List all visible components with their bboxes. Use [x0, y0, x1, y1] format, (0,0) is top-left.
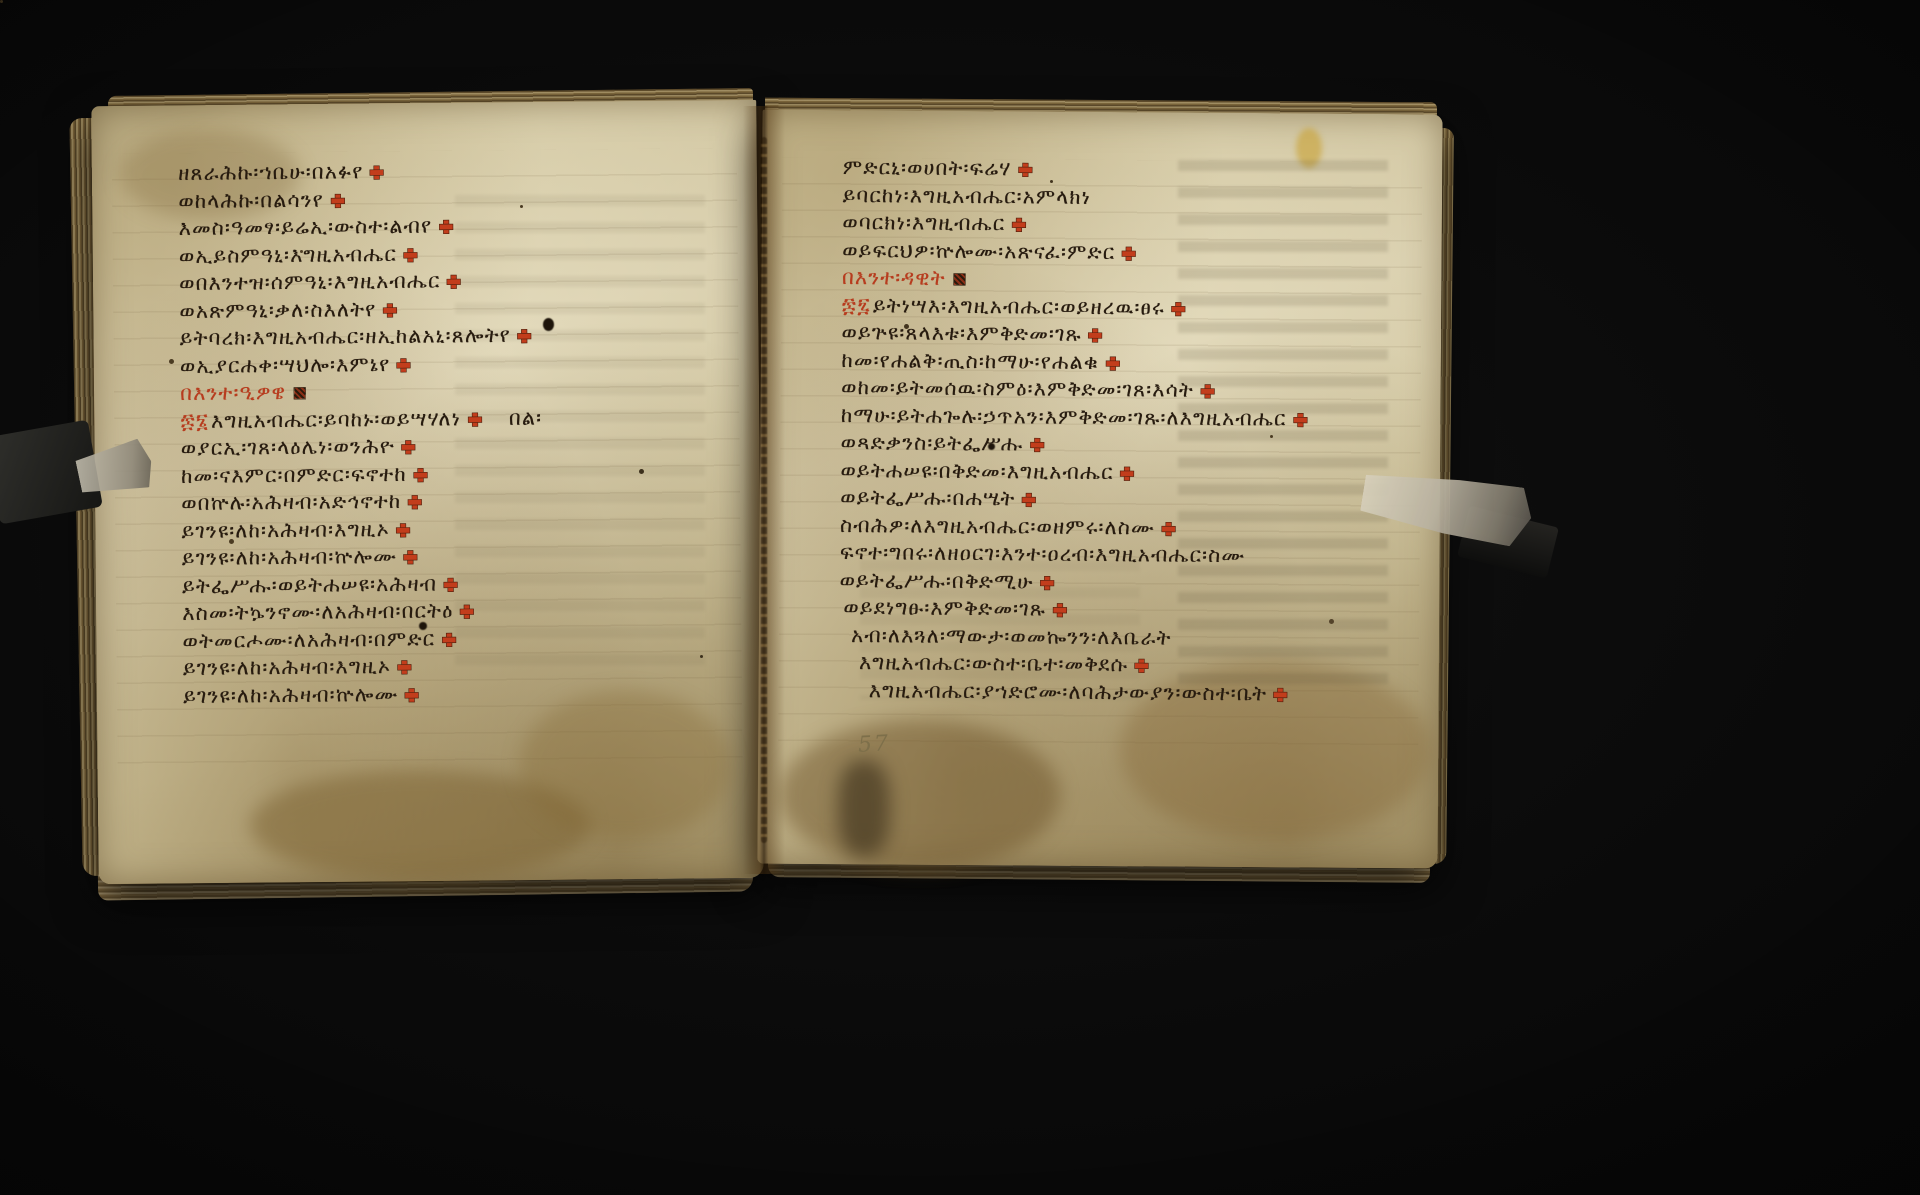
text-line: አብ፡ለእጓለ፡ማውታ፡ወመኰንን፡ለእቤራት [851, 622, 1305, 653]
line-text: እስመ፡ትኴንኖሙ፡ለአሕዛብ፡በርትዕ [182, 598, 453, 625]
text-line: ወኢያርሐቀ፡ሣህሎ፡እምኔየ [180, 349, 542, 380]
line-end-cross-icon [1294, 413, 1307, 426]
line-end-cross-icon [1053, 604, 1066, 617]
line-text: ፍኖተ፡ግበሩ፡ለዘዐርገ፡እንተ፡ዐረብ፡እግዚአብሔር፡ስሙ [840, 540, 1246, 567]
line-end-cross-icon [404, 551, 417, 564]
line-text: ከመ፡የሐልቅ፡ጢስ፡ከማሁ፡የሐልቁ [841, 347, 1099, 373]
text-line: ይገንዩ፡ለከ፡አሕዛብ፡ኵሎሙ [182, 542, 544, 573]
line-text: ወይፍርህዎ፡ኵሎሙ፡አጽናፈ፡ምድር [842, 237, 1115, 263]
line-text: ወትመርሖሙ፡ለአሕዛብ፡በምድር [182, 626, 435, 652]
line-end-cross-icon [1274, 688, 1287, 701]
text-line: ወኢይስምዓኒ፡እግዚአብሔር [179, 239, 541, 270]
line-text: ስብሕዎ፡ለእግዚአብሔር፡ወዘምሩ፡ለስሙ [840, 512, 1155, 538]
line-text: ይባርከነ፡እግዚአብሔር፡አምላክነ [843, 182, 1092, 208]
line-end-cross-icon [397, 358, 410, 371]
line-text: በእንተ፡ዳዊት [842, 265, 946, 290]
manuscript-photo: ዘጸራሕኩ፡ኀቤሁ፡በአፉየወከላሕኩ፡በልሳንየእመስ፡ዓመፃ፡ይሬኢ፡ውስተ… [0, 0, 1920, 1195]
text-line: ወይጕዩ፡ጸላእቱ፡እምቅድመ፡ገጹ [841, 319, 1307, 350]
text-line: ወከላሕኩ፡በልሳንየ [178, 184, 540, 215]
text-line: ከመ፡ናእምር፡በምድር፡ፍኖተከ [181, 459, 543, 490]
line-end-cross-icon [442, 633, 455, 646]
text-line: ወአጽምዓኒ፡ቃለ፡ስእለትየ [179, 294, 541, 325]
psalm-number: ፷፯ [842, 292, 871, 316]
line-end-cross-icon [370, 166, 383, 179]
line-end-cross-icon [439, 220, 452, 233]
line-end-cross-icon [1135, 659, 1148, 672]
line-text: ወያርኢ፡ገጸ፡ላዕሌነ፡ወንሕዮ [181, 434, 395, 460]
line-text: ወኢይስምዓኒ፡እግዚአብሔር [179, 241, 397, 267]
page-number: 57 [857, 731, 890, 758]
book-strap-right-shadow [1457, 506, 1559, 579]
line-text: ወይጕዩ፡ጸላእቱ፡እምቅድመ፡ገጹ [842, 320, 1082, 346]
text-line: ወጻድቃንስ፡ይትፌሥሑ [841, 429, 1307, 460]
line-end-cross-icon [397, 523, 410, 536]
left-page-text-column: ዘጸራሕኩ፡ኀቤሁ፡በአፉየወከላሕኩ፡በልሳንየእመስ፡ዓመፃ፡ይሬኢ፡ውስተ… [178, 157, 545, 710]
line-text: ወበእንተዝ፡ሰምዓኒ፡እግዚአብሔር [179, 268, 441, 295]
line-text: ወይትሐሠዩ፡በቅድመ፡እግዚአብሔር [840, 457, 1113, 483]
line-text: አብ፡ለእጓለ፡ማውታ፡ወመኰንን፡ለእቤራት [851, 623, 1172, 650]
line-text: ከማሁ፡ይትሐጐሉ፡ኃጥአን፡እምቅድመ፡ገጹ፡ለእግዚአብሔር [841, 402, 1287, 429]
text-line: ወያርኢ፡ገጸ፡ላዕሌነ፡ወንሕዮ [181, 432, 543, 463]
psalm-number: ፷፮ [180, 408, 209, 432]
line-end-cross-icon [1018, 163, 1031, 176]
line-text: እግዚአብሔር፡ያኀድሮሙ፡ለባሕታውያን፡ውስተ፡ቤት [869, 678, 1268, 705]
line-end-cross-icon [405, 688, 418, 701]
line-end-cross-icon [1012, 218, 1025, 231]
line-end-cross-icon [1106, 357, 1119, 370]
line-end-cross-icon [331, 194, 344, 207]
line-end-cross-icon [293, 387, 306, 400]
line-end-cross-icon [1121, 467, 1134, 480]
line-end-cross-icon [518, 330, 531, 343]
text-line: ይገንዩ፡ለከ፡አሕዛብ፡እግዚኦ [181, 514, 543, 545]
line-text: ወበኵሉ፡አሕዛብ፡አድኅኖተከ [181, 489, 401, 515]
text-line: ወከመ፡ይትመሰዉ፡ስምዕ፡እምቅድመ፡ገጸ፡እሳት [841, 374, 1307, 405]
line-text: ይገንዩ፡ለከ፡አሕዛብ፡እግዚኦ [181, 516, 390, 542]
line-text: ወአጽምዓኒ፡ቃለ፡ስእለትየ [179, 297, 376, 323]
line-text: ይትፌሥሑ፡ወይትሐሠዩ፡አሕዛብ [182, 571, 437, 597]
text-line: ወትመርሖሙ፡ለአሕዛብ፡በምድር [182, 624, 544, 655]
line-end-cross-icon [444, 578, 457, 591]
line-end-cross-icon [404, 248, 417, 261]
text-line: ወይፍርህዎ፡ኵሎሙ፡አጽናፈ፡ምድር [842, 236, 1308, 267]
line-end-cross-icon [460, 605, 473, 618]
line-end-cross-icon [1022, 493, 1035, 506]
text-line: ፷፮እግዚአብሔር፡ይባከኑ፡ወይሣሃለነበል፡ [180, 404, 542, 435]
text-line: ወይትፌሥሑ፡በሐሤት [840, 484, 1306, 515]
text-line: ይባርከነ፡እግዚአብሔር፡አምላክነ [843, 181, 1309, 212]
line-text: ወይደነግፁ፡እምቅድመ፡ገጹ [843, 595, 1046, 621]
text-line: እስመ፡ትኴንኖሙ፡ለአሕዛብ፡በርትዕ [182, 597, 544, 628]
line-text: ይገንዩ፡ለከ፡አሕዛብ፡ኵሎሙ [182, 544, 398, 570]
line-end-cross-icon [1201, 385, 1214, 398]
line-text: ይትባረክ፡እግዚአብሔር፡ዘኢከልአኒ፡ጸሎትየ [180, 323, 511, 350]
text-line: እግዚአብሔር፡ያኀድሮሙ፡ለባሕታውያን፡ውስተ፡ቤት [869, 677, 1305, 708]
text-line: ይገንዩ፡ለከ፡አሕዛብ፡እግዚኦ [183, 652, 545, 683]
line-end-cross-icon [1041, 576, 1054, 589]
line-end-cross-icon [1122, 247, 1135, 260]
line-text: ወይትፌሥሑ፡በቅድሚሁ [840, 567, 1034, 593]
text-line: ፷፯ይትነሣእ፡እግዚአብሔር፡ወይዘረዉ፡ፀሩ [842, 291, 1308, 322]
text-line: ከመ፡የሐልቅ፡ጢስ፡ከማሁ፡የሐልቁ [841, 346, 1307, 377]
line-end-cross-icon [953, 273, 966, 286]
line-end-cross-icon [1162, 522, 1175, 535]
text-line: ወይትሐሠዩ፡በቅድመ፡እግዚአብሔር [840, 456, 1306, 487]
text-line: ዘጸራሕኩ፡ኀቤሁ፡በአፉየ [178, 157, 540, 188]
text-line: ወበእንተዝ፡ሰምዓኒ፡እግዚአብሔር [179, 267, 541, 298]
line-text: እግዚአብሔር፡ይባከኑ፡ወይሣሃለነ [211, 406, 461, 432]
line-end-cross-icon [414, 468, 427, 481]
line-text: ወከመ፡ይትመሰዉ፡ስምዕ፡እምቅድመ፡ገጸ፡እሳት [841, 375, 1194, 402]
line-text: ወኢያርሐቀ፡ሣህሎ፡እምኔየ [180, 351, 391, 377]
line-text: እግዚአብሔር፡ውስተ፡ቤተ፡መቅደሱ [859, 650, 1128, 676]
text-line: ወባርክነ፡እግዚብሔር [842, 209, 1308, 240]
line-end-cross-icon [402, 441, 415, 454]
marginal-note: በል፡ [509, 405, 542, 429]
line-text: ዘጸራሕኩ፡ኀቤሁ፡በአፉየ [178, 159, 364, 185]
line-text: ይገንዩ፡ለከ፡አሕዛብ፡እግዚኦ [183, 654, 392, 680]
text-line: ፍኖተ፡ግበሩ፡ለዘዐርገ፡እንተ፡ዐረብ፡እግዚአብሔር፡ስሙ [840, 539, 1306, 570]
line-end-cross-icon [1172, 302, 1185, 315]
rubric-line: በእንተ፡ዳዊት [842, 264, 1308, 295]
line-text: በእንተ፡ዒዎዌ [180, 380, 286, 405]
text-line: ይትፌሥሑ፡ወይትሐሠዩ፡አሕዛብ [182, 569, 544, 600]
line-text: ወይትፌሥሑ፡በሐሤት [840, 485, 1015, 510]
line-text: እመስ፡ዓመፃ፡ይሬኢ፡ውስተ፡ልብየ [179, 214, 433, 240]
text-line: ወበኵሉ፡አሕዛብ፡አድኅኖተከ [181, 487, 543, 518]
line-text: ወጻድቃንስ፡ይትፌሥሑ [841, 430, 1024, 455]
rubric-line: በእንተ፡ዒዎዌ [180, 377, 542, 408]
line-text: ይትነሣእ፡እግዚአብሔር፡ወይዘረዉ፡ፀሩ [873, 293, 1165, 319]
line-end-cross-icon [1030, 438, 1043, 451]
line-end-cross-icon [398, 661, 411, 674]
right-page-text-column: ምድርኒ፡ወሀበት፡ፍሬሃይባርከነ፡እግዚአብሔር፡አምላክነወባርክነ፡እግ… [839, 154, 1309, 708]
text-line: ምድርኒ፡ወሀበት፡ፍሬሃ [843, 154, 1309, 185]
line-end-cross-icon [383, 303, 396, 316]
line-end-cross-icon [448, 275, 461, 288]
line-text: ይገንዩ፡ለከ፡አሕዛብ፡ኵሎሙ [183, 681, 399, 707]
line-end-cross-icon [408, 496, 421, 509]
specks [0, 0, 3, 3]
line-end-cross-icon [468, 413, 481, 426]
line-text: ወባርክነ፡እግዚብሔር [842, 210, 1005, 235]
text-line: እመስ፡ዓመፃ፡ይሬኢ፡ውስተ፡ልብየ [179, 212, 541, 243]
text-line: እግዚአብሔር፡ውስተ፡ቤተ፡መቅደሱ [859, 649, 1305, 680]
text-line: ከማሁ፡ይትሐጐሉ፡ኃጥአን፡እምቅድመ፡ገጹ፡ለእግዚአብሔር [841, 401, 1307, 432]
line-text: ምድርኒ፡ወሀበት፡ፍሬሃ [843, 155, 1012, 180]
line-text: ከመ፡ናእምር፡በምድር፡ፍኖተከ [181, 461, 407, 487]
line-end-cross-icon [1089, 329, 1102, 342]
text-line: ስብሕዎ፡ለእግዚአብሔር፡ወዘምሩ፡ለስሙ [840, 511, 1306, 542]
text-line: ወይደነግፁ፡እምቅድመ፡ገጹ [843, 594, 1305, 625]
text-line: ወይትፌሥሑ፡በቅድሚሁ [840, 566, 1306, 597]
text-line: ይትባረክ፡እግዚአብሔር፡ዘኢከልአኒ፡ጸሎትየ [180, 322, 542, 353]
text-line: ይገንዩ፡ለከ፡አሕዛብ፡ኵሎሙ [183, 679, 545, 710]
ink-blot [543, 318, 554, 331]
book-gutter [743, 106, 785, 874]
line-text: ወከላሕኩ፡በልሳንየ [178, 187, 324, 212]
